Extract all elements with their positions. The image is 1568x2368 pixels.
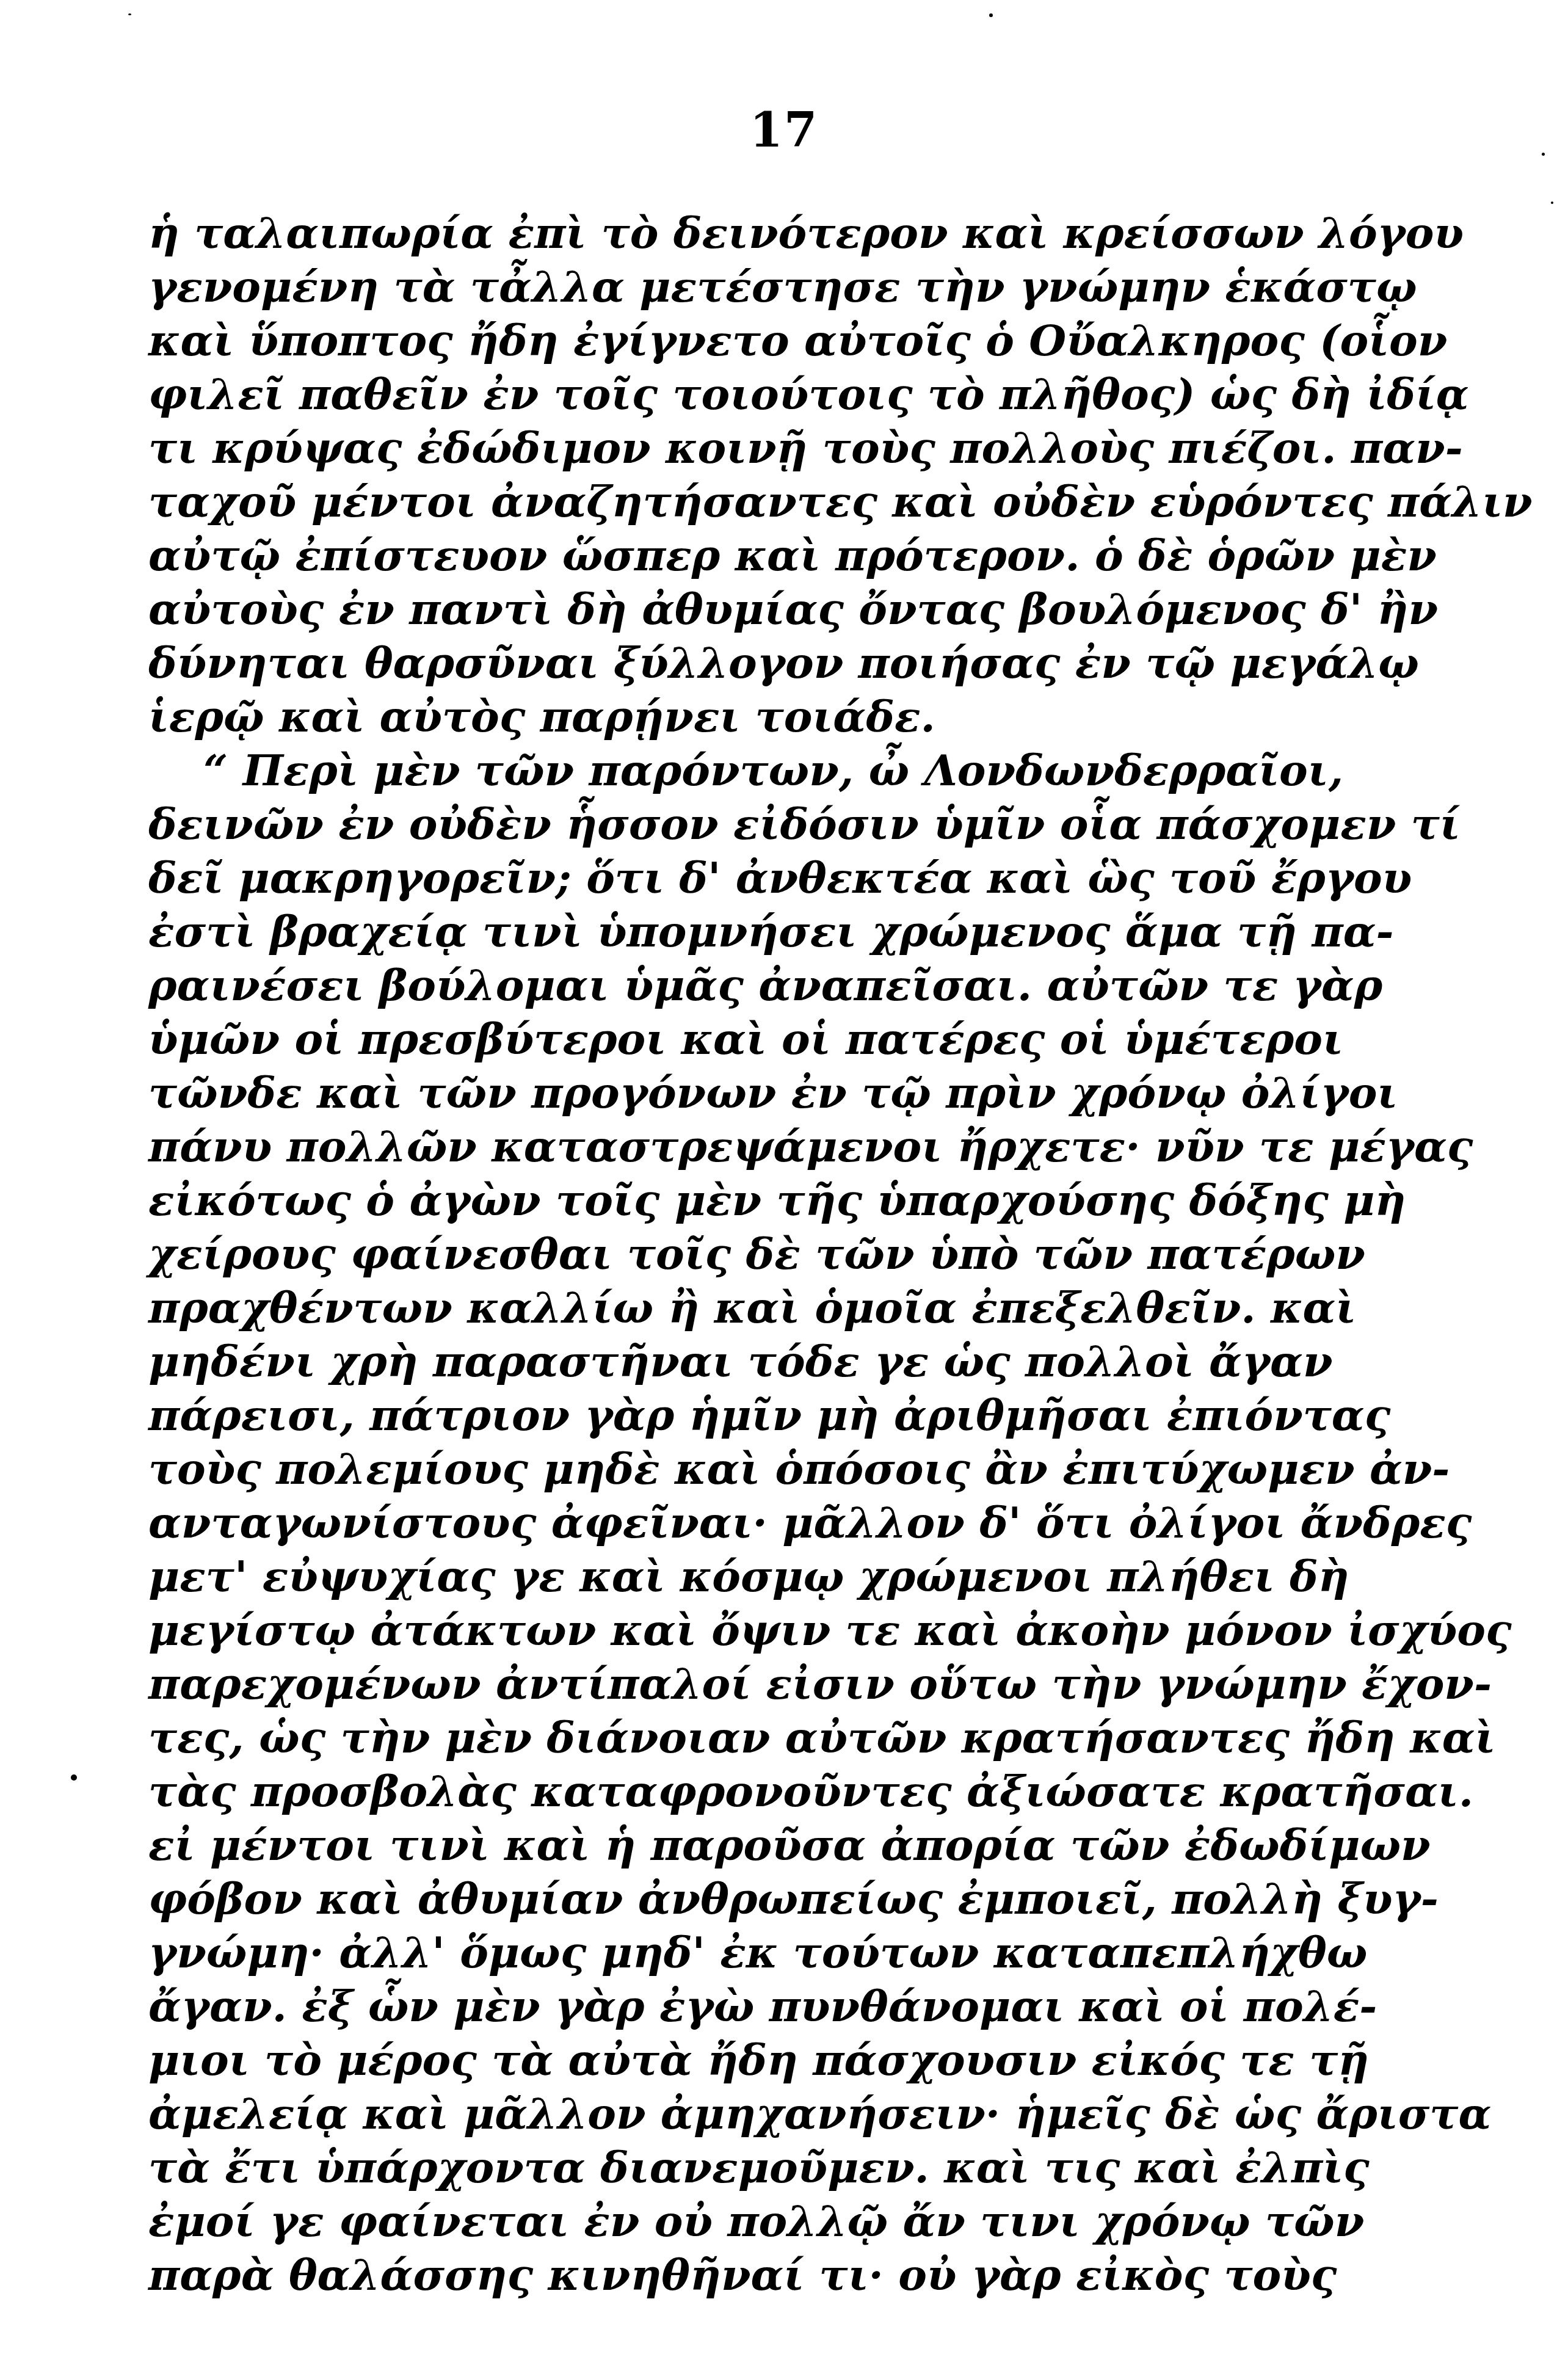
- text-line: τὰ ἔτι ὑπάρχοντα διανεμοῦμεν. καὶ τις κα…: [148, 2141, 1308, 2195]
- text-line: πάνυ πολλῶν καταστρεψάμενοι ἤρχετε· νῦν …: [148, 1120, 1308, 1174]
- text-line: ραινέσει βούλομαι ὑμᾶς ἀναπεῖσαι. αὐτῶν …: [148, 959, 1308, 1012]
- greek-text-body: ἡ ταλαιπωρία ἐπὶ τὸ δεινότερον καὶ κρείσ…: [148, 206, 1308, 2302]
- text-line: τες, ὡς τὴν μὲν διάνοιαν αὐτῶν κρατήσαντ…: [148, 1711, 1308, 1765]
- text-line: παρὰ θαλάσσης κινηθῆναί τι· οὐ γὰρ εἰκὸς…: [148, 2248, 1308, 2302]
- text-line: χείρους φαίνεσθαι τοῖς δὲ τῶν ὑπὸ τῶν πα…: [148, 1227, 1308, 1281]
- text-line: δεινῶν ἐν οὐδὲν ἧσσον εἰδόσιν ὑμῖν οἷα π…: [148, 797, 1308, 851]
- text-line: μηδένι χρὴ παραστῆναι τόδε γε ὡς πολλοὶ …: [148, 1335, 1308, 1389]
- text-line: μετ' εὐψυχίας γε καὶ κόσμῳ χρώμενοι πλήθ…: [148, 1550, 1308, 1603]
- text-line: αὐτοὺς ἐν παντὶ δὴ ἀθυμίας ὄντας βουλόμε…: [148, 583, 1308, 636]
- text-line: παρεχομένων ἀντίπαλοί εἰσιν οὕτω τὴν γνώ…: [148, 1657, 1308, 1711]
- text-line: δεῖ μακρηγορεῖν; ὅτι δ' ἀνθεκτέα καὶ ὣς …: [148, 851, 1308, 905]
- text-line: ἄγαν. ἐξ ὧν μὲν γὰρ ἐγὼ πυνθάνομαι καὶ ο…: [148, 1980, 1308, 2033]
- scan-speck: [128, 13, 131, 15]
- text-line: τὰς προσβολὰς καταφρονοῦντες ἀξιώσατε κρ…: [148, 1765, 1308, 1818]
- text-line: πραχθέντων καλλίω ἢ καὶ ὁμοῖα ἐπεξελθεῖν…: [148, 1281, 1308, 1335]
- text-line: ταχοῦ μέντοι ἀναζητήσαντες καὶ οὐδὲν εὑρ…: [148, 475, 1308, 529]
- scan-speck: [989, 13, 993, 17]
- scan-speck: [1551, 202, 1553, 204]
- text-line: τοὺς πολεμίους μηδὲ καὶ ὁπόσοις ἂν ἐπιτύ…: [148, 1442, 1308, 1496]
- text-line: μεγίστῳ ἀτάκτων καὶ ὄψιν τε καὶ ἀκοὴν μό…: [148, 1603, 1308, 1657]
- text-line: αὐτῷ ἐπίστευον ὥσπερ καὶ πρότερον. ὁ δὲ …: [148, 529, 1308, 583]
- page-number: 17: [0, 103, 1568, 158]
- text-line: γνώμη· ἀλλ' ὅμως μηδ' ἐκ τούτων καταπεπλ…: [148, 1926, 1308, 1980]
- text-line: εἰ μέντοι τινὶ καὶ ἡ παροῦσα ἀπορία τῶν …: [148, 1818, 1308, 1872]
- scan-speck: [71, 1774, 77, 1781]
- text-line: καὶ ὕποπτος ἤδη ἐγίγνετο αὐτοῖς ὁ Οὔαλκη…: [148, 314, 1308, 368]
- text-line: ἱερῷ καὶ αὐτὸς παρῄνει τοιάδε.: [148, 690, 1308, 744]
- text-line: τῶνδε καὶ τῶν προγόνων ἐν τῷ πρὶν χρόνῳ …: [148, 1066, 1308, 1120]
- text-line: γενομένη τὰ τἆλλα μετέστησε τὴν γνώμην ἑ…: [148, 260, 1308, 314]
- text-line: πάρεισι, πάτριον γὰρ ἡμῖν μὴ ἀριθμῆσαι ἐ…: [148, 1389, 1308, 1442]
- text-line: ἐμοί γε φαίνεται ἐν οὐ πολλῷ ἄν τινι χρό…: [148, 2195, 1308, 2248]
- text-line: “ Περὶ μὲν τῶν παρόντων, ὦ Λονδωνδερραῖο…: [148, 744, 1308, 797]
- text-line: φιλεῖ παθεῖν ἐν τοῖς τοιούτοις τὸ πλῆθος…: [148, 368, 1308, 421]
- text-line: εἰκότως ὁ ἀγὼν τοῖς μὲν τῆς ὑπαρχούσης δ…: [148, 1174, 1308, 1227]
- text-line: ἡ ταλαιπωρία ἐπὶ τὸ δεινότερον καὶ κρείσ…: [148, 206, 1308, 260]
- text-line: δύνηται θαρσῦναι ξύλλογον ποιήσας ἐν τῷ …: [148, 636, 1308, 690]
- text-line: τι κρύψας ἐδώδιμον κοινῇ τοὺς πολλοὺς πι…: [148, 421, 1308, 475]
- text-line: μιοι τὸ μέρος τὰ αὐτὰ ἤδη πάσχουσιν εἰκό…: [148, 2033, 1308, 2087]
- text-line: φόβον καὶ ἀθυμίαν ἀνθρωπείως ἐμποιεῖ, πο…: [148, 1872, 1308, 1926]
- text-line: ανταγωνίστους ἀφεῖναι· μᾶλλον δ' ὅτι ὀλί…: [148, 1496, 1308, 1550]
- text-line: ἐστὶ βραχείᾳ τινὶ ὑπομνήσει χρώμενος ἅμα…: [148, 905, 1308, 959]
- text-line: ἀμελείᾳ καὶ μᾶλλον ἀμηχανήσειν· ἡμεῖς δὲ…: [148, 2087, 1308, 2141]
- scan-speck: [1542, 153, 1545, 156]
- text-line: ὑμῶν οἱ πρεσβύτεροι καὶ οἱ πατέρες οἱ ὑμ…: [148, 1012, 1308, 1066]
- book-page: 17 ἡ ταλαιπωρία ἐπὶ τὸ δεινότερον καὶ κρ…: [0, 0, 1568, 2368]
